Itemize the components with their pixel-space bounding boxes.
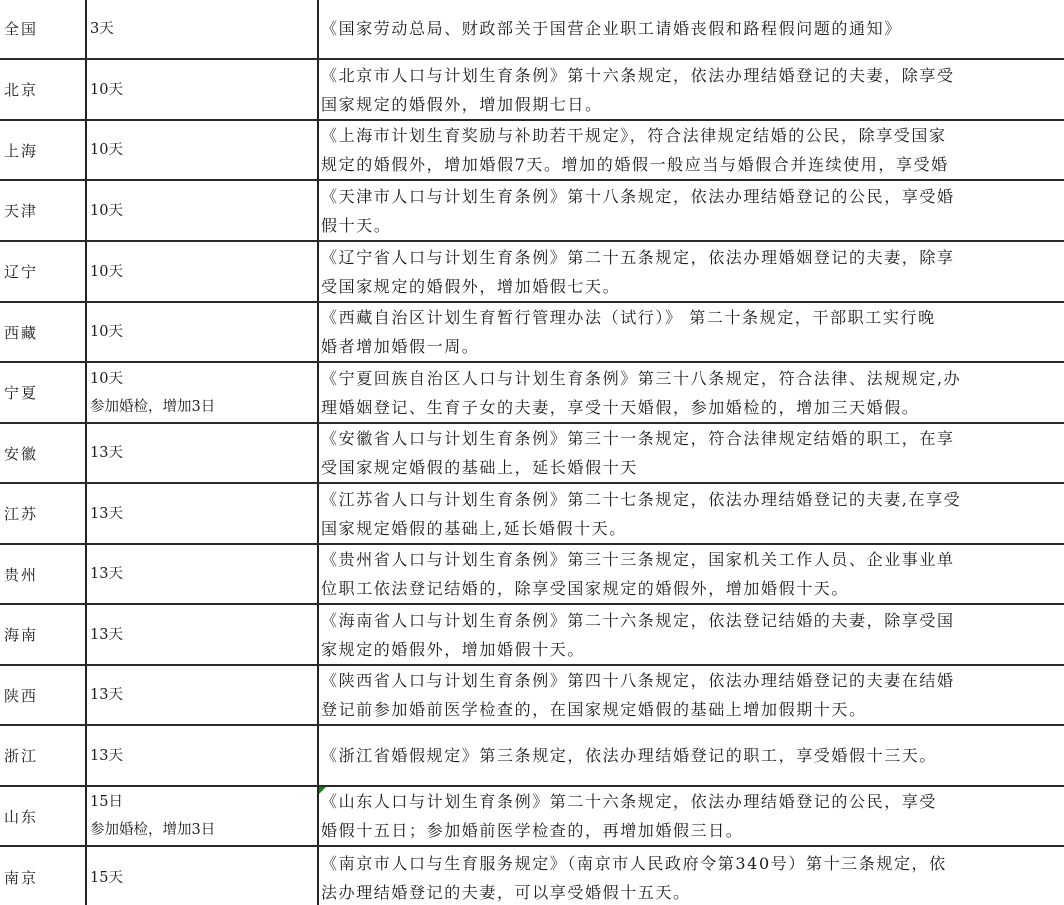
days-note: 参加婚检，增加3日 — [90, 393, 215, 421]
region-cell[interactable]: 浙江 — [0, 726, 85, 785]
basis-text: 《山东人口与计划生育条例》第二十六条规定，依法办理结婚登记的公民，享受 婚假十五… — [321, 787, 1064, 845]
basis-text: 《宁夏回族自治区人口与计划生育条例》第三十八条规定，符合法律、法规规定,办 理婚… — [321, 364, 1064, 422]
table-row: 海南 13天 《海南省人口与计划生育条例》第二十六条规定，依法登记结婚的夫妻，除… — [0, 605, 1064, 666]
days-value: 15日 — [90, 788, 123, 816]
basis-text: 《陕西省人口与计划生育条例》第四十八条规定，依法办理结婚登记的夫妻在结婚 登记前… — [321, 666, 1064, 724]
days-cell[interactable]: 10天 — [87, 121, 317, 179]
basis-text: 《浙江省婚假规定》第三条规定，依法办理结婚登记的职工，享受婚假十三天。 — [321, 741, 1064, 770]
basis-cell[interactable]: 《宁夏回族自治区人口与计划生育条例》第三十八条规定，符合法律、法规规定,办 理婚… — [319, 363, 1064, 422]
basis-cell[interactable]: 《国家劳动总局、财政部关于国营企业职工请婚丧假和路程假问题的通知》 — [319, 0, 1064, 58]
days-value: 10天 — [90, 197, 123, 225]
region-cell[interactable]: 辽宁 — [0, 242, 85, 301]
table-row: 安徽 13天 《安徽省人口与计划生育条例》第三十一条规定，符合法律规定结婚的职工… — [0, 424, 1064, 484]
days-cell[interactable]: 3天 — [87, 0, 317, 58]
days-cell[interactable]: 10天 参加婚检，增加3日 — [87, 363, 317, 422]
basis-cell[interactable]: 《江苏省人口与计划生育条例》第二十七条规定，依法办理结婚登记的夫妻,在享受 国家… — [319, 484, 1064, 543]
table-row: 南京 15天 《南京市人口与生育服务规定》（南京市人民政府令第340号）第十三条… — [0, 847, 1064, 905]
region-cell[interactable]: 海南 — [0, 605, 85, 664]
basis-text: 《辽宁省人口与计划生育条例》第二十五条规定，依法办理婚姻登记的夫妻，除享 受国家… — [321, 243, 1064, 301]
region-cell[interactable]: 江苏 — [0, 484, 85, 543]
basis-cell[interactable]: 《南京市人口与生育服务规定》（南京市人民政府令第340号）第十三条规定，依 法办… — [319, 847, 1064, 905]
region-cell[interactable]: 陕西 — [0, 666, 85, 724]
days-value: 10天 — [90, 318, 123, 346]
basis-text: 《西藏自治区计划生育暂行管理办法（试行）》 第二十条规定，干部职工实行晚 婚者增… — [321, 303, 1064, 361]
region-cell[interactable]: 南京 — [0, 847, 85, 905]
days-value: 13天 — [90, 742, 123, 770]
table-row: 上海 10天 《上海市计划生育奖励与补助若干规定》，符合法律规定结婚的公民，除享… — [0, 121, 1064, 181]
days-value: 13天 — [90, 621, 123, 649]
table-row: 浙江 13天 《浙江省婚假规定》第三条规定，依法办理结婚登记的职工，享受婚假十三… — [0, 726, 1064, 787]
table-row: 西藏 10天 《西藏自治区计划生育暂行管理办法（试行）》 第二十条规定，干部职工… — [0, 303, 1064, 363]
basis-cell[interactable]: 《山东人口与计划生育条例》第二十六条规定，依法办理结婚登记的公民，享受 婚假十五… — [319, 787, 1064, 845]
days-cell[interactable]: 10天 — [87, 181, 317, 240]
comment-indicator-icon[interactable] — [319, 787, 326, 794]
days-cell[interactable]: 15天 — [87, 847, 317, 905]
basis-text: 《上海市计划生育奖励与补助若干规定》，符合法律规定结婚的公民，除享受国家 规定的… — [321, 121, 1064, 179]
basis-text: 《安徽省人口与计划生育条例》第三十一条规定，符合法律规定结婚的职工，在享 受国家… — [321, 424, 1064, 482]
spreadsheet-table: 全国 3天 《国家劳动总局、财政部关于国营企业职工请婚丧假和路程假问题的通知》 … — [0, 0, 1064, 905]
table-row: 北京 10天 《北京市人口与计划生育条例》第十六条规定，依法办理结婚登记的夫妻，… — [0, 60, 1064, 121]
days-value: 3天 — [90, 15, 114, 43]
basis-cell[interactable]: 《天津市人口与计划生育条例》第十八条规定，依法办理结婚登记的公民，享受婚 假十天… — [319, 181, 1064, 240]
days-value: 10天 — [90, 258, 123, 286]
days-value: 15天 — [90, 864, 123, 892]
days-cell[interactable]: 10天 — [87, 303, 317, 361]
region-cell[interactable]: 全国 — [0, 0, 85, 58]
table-row: 贵州 13天 《贵州省人口与计划生育条例》第三十三条规定，国家机关工作人员、企业… — [0, 545, 1064, 605]
days-cell[interactable]: 10天 — [87, 60, 317, 119]
days-cell[interactable]: 13天 — [87, 545, 317, 603]
basis-cell[interactable]: 《海南省人口与计划生育条例》第二十六条规定，依法登记结婚的夫妻，除享受国 家规定… — [319, 605, 1064, 664]
basis-text: 《海南省人口与计划生育条例》第二十六条规定，依法登记结婚的夫妻，除享受国 家规定… — [321, 606, 1064, 664]
basis-cell[interactable]: 《西藏自治区计划生育暂行管理办法（试行）》 第二十条规定，干部职工实行晚 婚者增… — [319, 303, 1064, 361]
basis-text: 《北京市人口与计划生育条例》第十六条规定，依法办理结婚登记的夫妻，除享受 国家规… — [321, 61, 1064, 119]
days-cell[interactable]: 13天 — [87, 726, 317, 785]
days-cell[interactable]: 13天 — [87, 424, 317, 482]
days-value: 13天 — [90, 681, 123, 709]
basis-cell[interactable]: 《贵州省人口与计划生育条例》第三十三条规定，国家机关工作人员、企业事业单 位职工… — [319, 545, 1064, 603]
table-row: 江苏 13天 《江苏省人口与计划生育条例》第二十七条规定，依法办理结婚登记的夫妻… — [0, 484, 1064, 545]
days-value: 10天 — [90, 76, 123, 104]
table-row: 宁夏 10天 参加婚检，增加3日 《宁夏回族自治区人口与计划生育条例》第三十八条… — [0, 363, 1064, 424]
region-cell[interactable]: 天津 — [0, 181, 85, 240]
table-row: 山东 15日 参加婚检，增加3日 《山东人口与计划生育条例》第二十六条规定，依法… — [0, 787, 1064, 847]
days-cell[interactable]: 13天 — [87, 666, 317, 724]
basis-cell[interactable]: 《辽宁省人口与计划生育条例》第二十五条规定，依法办理婚姻登记的夫妻，除享 受国家… — [319, 242, 1064, 301]
region-cell[interactable]: 北京 — [0, 60, 85, 119]
days-cell[interactable]: 10天 — [87, 242, 317, 301]
days-value: 13天 — [90, 500, 123, 528]
days-note: 参加婚检，增加3日 — [90, 816, 215, 844]
days-cell[interactable]: 13天 — [87, 484, 317, 543]
days-value: 10天 — [90, 136, 123, 164]
days-cell[interactable]: 15日 参加婚检，增加3日 — [87, 787, 317, 845]
basis-text: 《南京市人口与生育服务规定》（南京市人民政府令第340号）第十三条规定，依 法办… — [321, 849, 1064, 905]
days-cell[interactable]: 13天 — [87, 605, 317, 664]
basis-text: 《江苏省人口与计划生育条例》第二十七条规定，依法办理结婚登记的夫妻,在享受 国家… — [321, 485, 1064, 543]
region-cell[interactable]: 安徽 — [0, 424, 85, 482]
table-row: 陕西 13天 《陕西省人口与计划生育条例》第四十八条规定，依法办理结婚登记的夫妻… — [0, 666, 1064, 726]
table-row: 辽宁 10天 《辽宁省人口与计划生育条例》第二十五条规定，依法办理婚姻登记的夫妻… — [0, 242, 1064, 303]
table-row: 全国 3天 《国家劳动总局、财政部关于国营企业职工请婚丧假和路程假问题的通知》 — [0, 0, 1064, 60]
table-row: 天津 10天 《天津市人口与计划生育条例》第十八条规定，依法办理结婚登记的公民，… — [0, 181, 1064, 242]
region-cell[interactable]: 宁夏 — [0, 363, 85, 422]
basis-cell[interactable]: 《北京市人口与计划生育条例》第十六条规定，依法办理结婚登记的夫妻，除享受 国家规… — [319, 60, 1064, 119]
region-cell[interactable]: 上海 — [0, 121, 85, 179]
basis-text: 《国家劳动总局、财政部关于国营企业职工请婚丧假和路程假问题的通知》 — [321, 14, 1064, 43]
days-value: 13天 — [90, 439, 123, 467]
region-cell[interactable]: 山东 — [0, 787, 85, 845]
region-cell[interactable]: 西藏 — [0, 303, 85, 361]
basis-cell[interactable]: 《安徽省人口与计划生育条例》第三十一条规定，符合法律规定结婚的职工，在享 受国家… — [319, 424, 1064, 482]
days-value: 13天 — [90, 560, 123, 588]
basis-text: 《天津市人口与计划生育条例》第十八条规定，依法办理结婚登记的公民，享受婚 假十天… — [321, 182, 1064, 240]
basis-cell[interactable]: 《浙江省婚假规定》第三条规定，依法办理结婚登记的职工，享受婚假十三天。 — [319, 726, 1064, 785]
basis-cell[interactable]: 《上海市计划生育奖励与补助若干规定》，符合法律规定结婚的公民，除享受国家 规定的… — [319, 121, 1064, 179]
basis-text: 《贵州省人口与计划生育条例》第三十三条规定，国家机关工作人员、企业事业单 位职工… — [321, 545, 1064, 603]
days-value: 10天 — [90, 365, 123, 393]
basis-cell[interactable]: 《陕西省人口与计划生育条例》第四十八条规定，依法办理结婚登记的夫妻在结婚 登记前… — [319, 666, 1064, 724]
region-cell[interactable]: 贵州 — [0, 545, 85, 603]
